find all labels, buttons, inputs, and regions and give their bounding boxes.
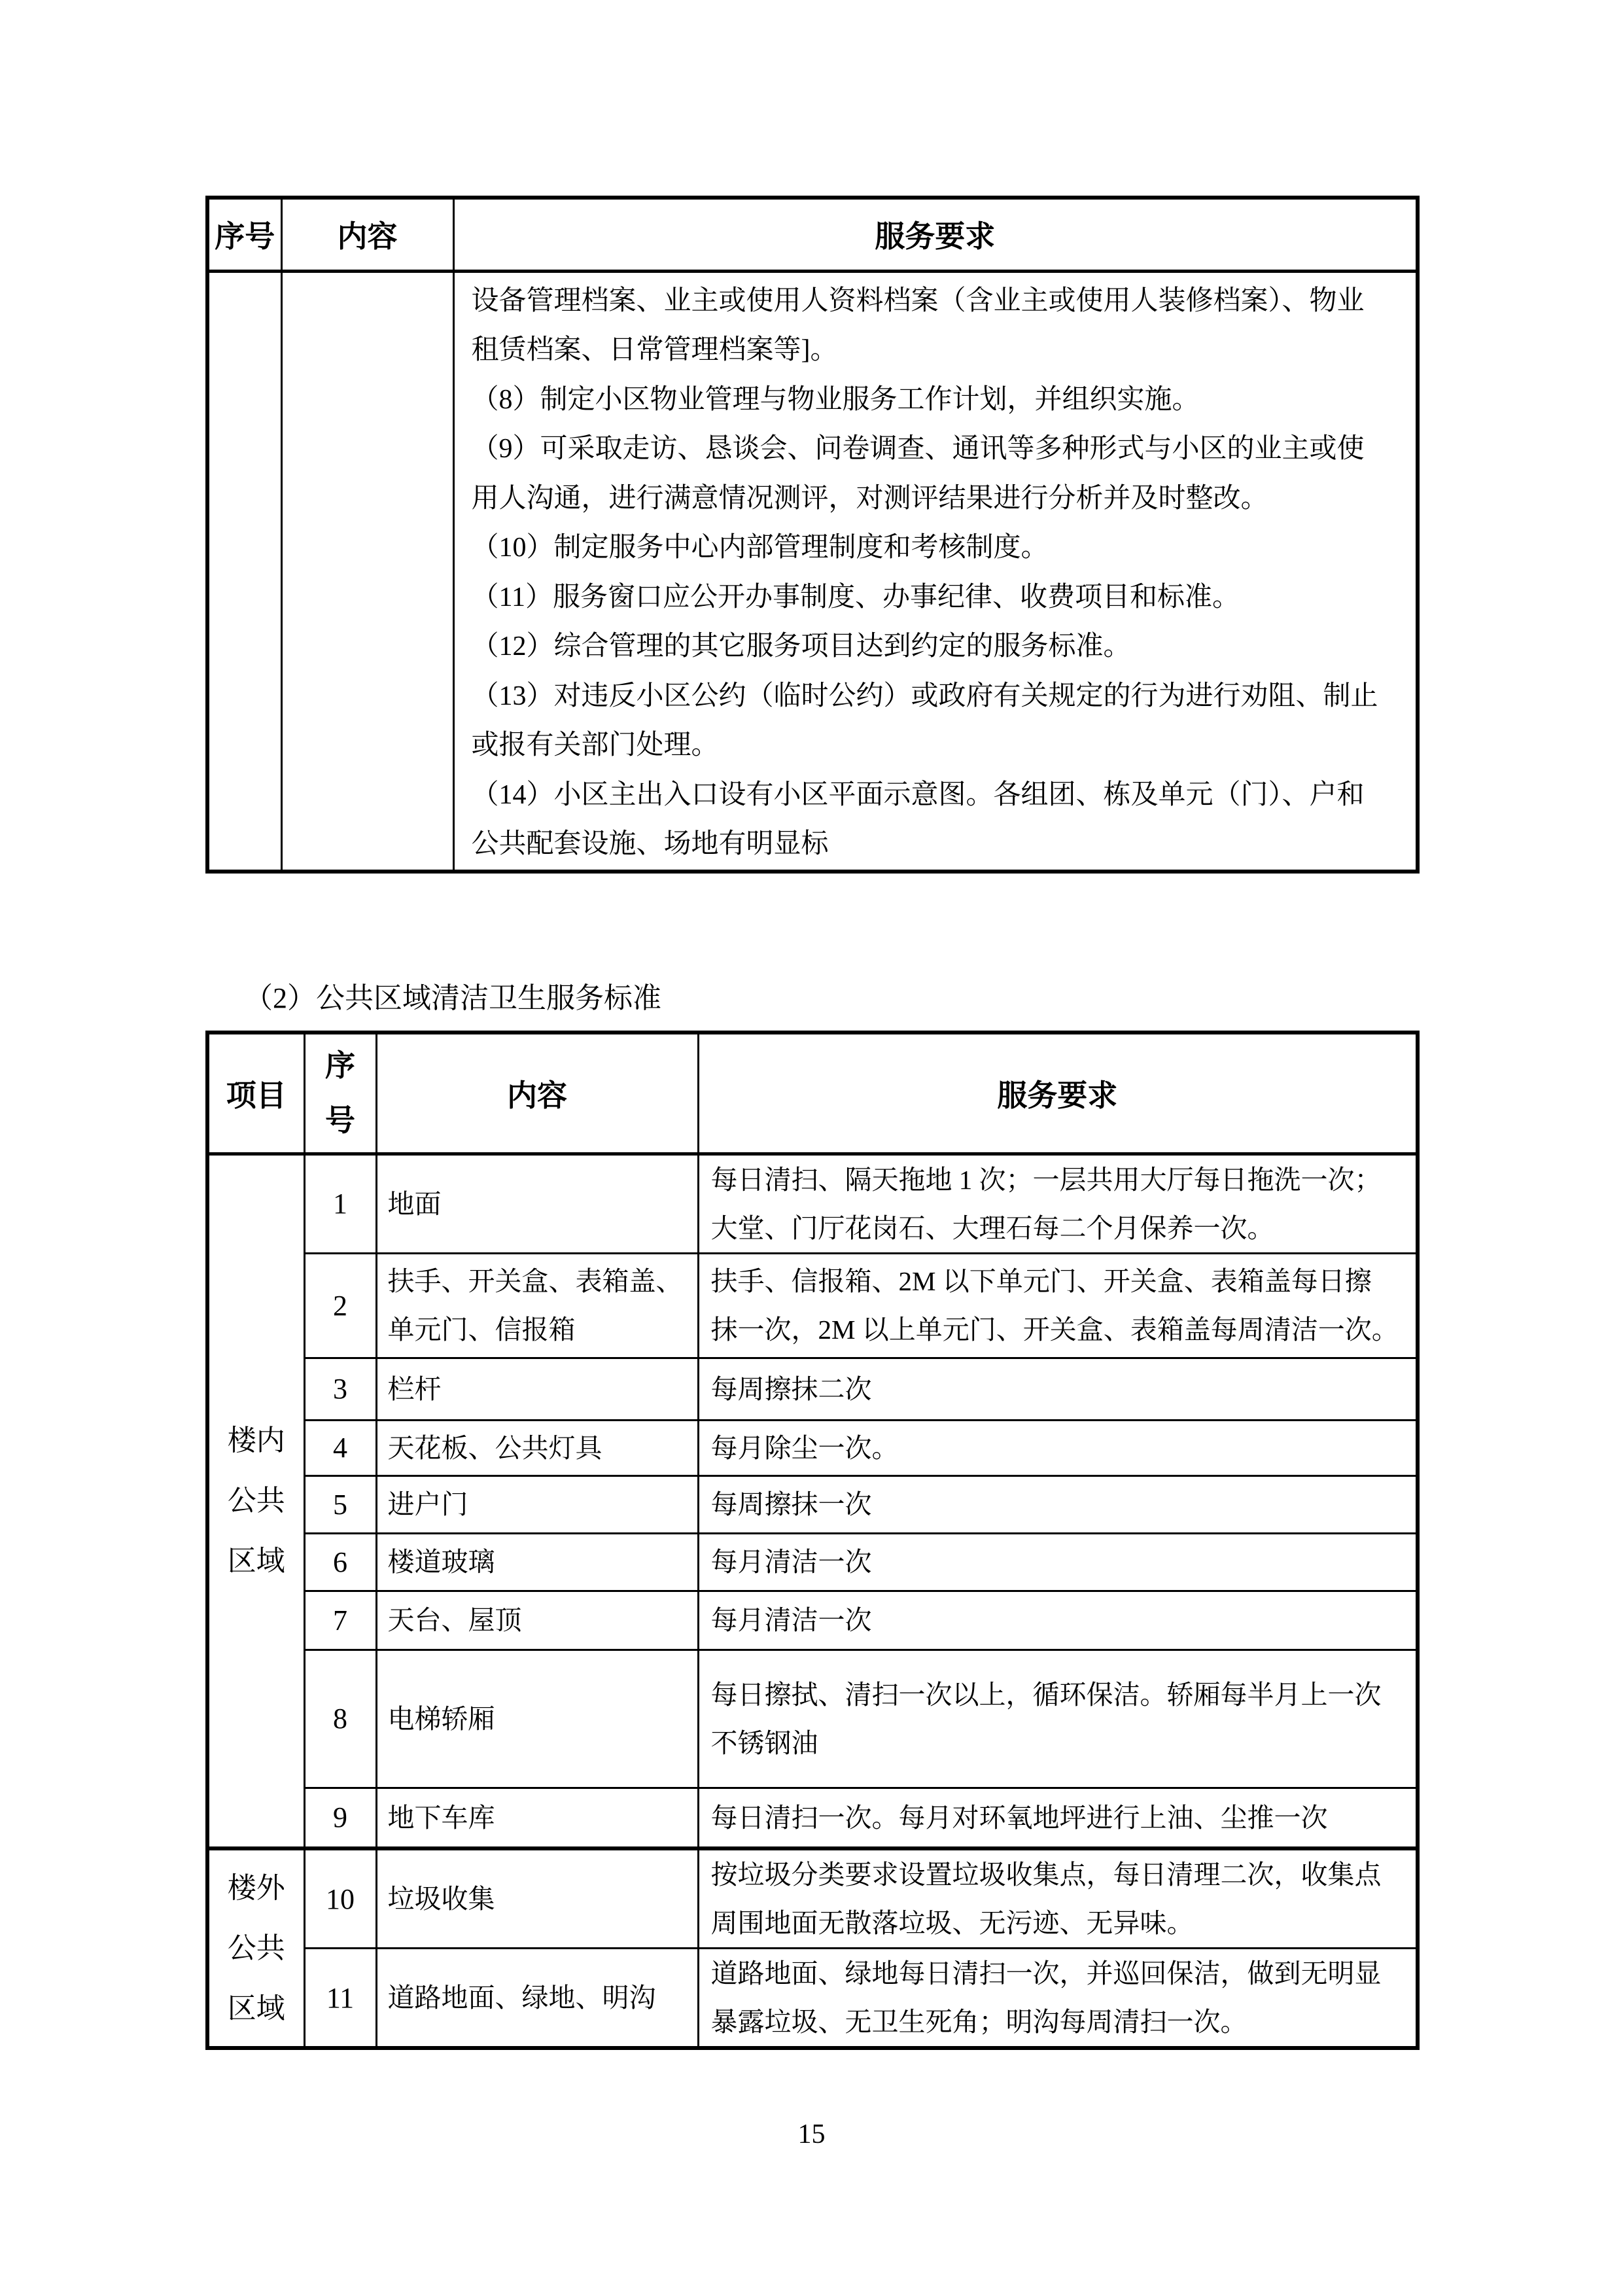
project-group-indoor-cell: 楼内 公共 区域 [207, 1154, 304, 1848]
seq-cell: 11 [304, 1949, 376, 2049]
table-row: 11 道路地面、绿地、明沟 道路地面、绿地每日清扫一次，并巡回保洁，做到无明显 … [207, 1949, 1418, 2049]
content-cell: 扶手、开关盒、表箱盖、 单元门、信报箱 [376, 1253, 698, 1358]
requirement-cell: 每日擦拭、清扫一次以上，循环保洁。轿厢每半月上一次 不锈钢油 [698, 1650, 1418, 1788]
table-row: 8 电梯轿厢 每日擦拭、清扫一次以上，循环保洁。轿厢每半月上一次 不锈钢油 [207, 1650, 1418, 1788]
content-cell: 栏杆 [376, 1358, 698, 1420]
requirement-cell: 每月除尘一次。 [698, 1420, 1418, 1475]
content-cell: 地面 [376, 1154, 698, 1253]
table-row: 楼外 公共 区域 10 垃圾收集 按垃圾分类要求设置垃圾收集点，每日清理二次，收… [207, 1848, 1418, 1949]
project-group-outdoor-cell: 楼外 公共 区域 [207, 1848, 304, 2048]
public-area-cleaning-table: 项目 序 号 内容 服务要求 楼内 公共 区域 1 地面 每日清扫、隔天拖地 1… [205, 1031, 1420, 2050]
section-heading: （2）公共区域清洁卫生服务标准 [244, 981, 661, 1016]
requirement-cell: 每日清扫一次。每月对环氧地坪进行上油、尘推一次 [698, 1788, 1418, 1848]
seq-cell: 7 [304, 1591, 376, 1650]
page-number: 15 [0, 2119, 1623, 2150]
table1-content-cell [281, 271, 453, 872]
table2-header-row: 项目 序 号 内容 服务要求 [207, 1033, 1418, 1154]
requirement-cell: 按垃圾分类要求设置垃圾收集点，每日清理二次，收集点 周围地面无散落垃圾、无污迹、… [698, 1848, 1418, 1949]
comprehensive-management-table: 序号 内容 服务要求 设备管理档案、业主或使用人资料档案（含业主或使用人装修档案… [205, 196, 1420, 874]
document-page: 序号 内容 服务要求 设备管理档案、业主或使用人资料档案（含业主或使用人装修档案… [0, 0, 1623, 2296]
table1-header-content: 内容 [281, 198, 453, 271]
table-row: 5 进户门 每周擦抹一次 [207, 1475, 1418, 1533]
content-cell: 进户门 [376, 1475, 698, 1533]
table-row: 6 楼道玻璃 每月清洁一次 [207, 1533, 1418, 1591]
content-cell: 垃圾收集 [376, 1848, 698, 1949]
seq-cell: 5 [304, 1475, 376, 1533]
table2-header-content: 内容 [376, 1033, 698, 1154]
content-cell: 楼道玻璃 [376, 1533, 698, 1591]
table2-header-requirements: 服务要求 [698, 1033, 1418, 1154]
seq-cell: 2 [304, 1253, 376, 1358]
content-cell: 地下车库 [376, 1788, 698, 1848]
seq-cell: 8 [304, 1650, 376, 1788]
table-row: 9 地下车库 每日清扫一次。每月对环氧地坪进行上油、尘推一次 [207, 1788, 1418, 1848]
content-cell: 天台、屋顶 [376, 1591, 698, 1650]
content-cell: 天花板、公共灯具 [376, 1420, 698, 1475]
seq-cell: 4 [304, 1420, 376, 1475]
seq-cell: 6 [304, 1533, 376, 1591]
table1-body-row: 设备管理档案、业主或使用人资料档案（含业主或使用人装修档案）、物业 租赁档案、日… [207, 271, 1418, 872]
table-row: 2 扶手、开关盒、表箱盖、 单元门、信报箱 扶手、信报箱、2M 以下单元门、开关… [207, 1253, 1418, 1358]
table1-seq-cell [207, 271, 281, 872]
table1-requirements-cell: 设备管理档案、业主或使用人资料档案（含业主或使用人装修档案）、物业 租赁档案、日… [453, 271, 1418, 872]
table-row: 4 天花板、公共灯具 每月除尘一次。 [207, 1420, 1418, 1475]
table-row: 3 栏杆 每周擦抹二次 [207, 1358, 1418, 1420]
requirement-cell: 道路地面、绿地每日清扫一次，并巡回保洁，做到无明显 暴露垃圾、无卫生死角；明沟每… [698, 1949, 1418, 2049]
requirement-cell: 每月清洁一次 [698, 1533, 1418, 1591]
table1-header-row: 序号 内容 服务要求 [207, 198, 1418, 271]
content-cell: 电梯轿厢 [376, 1650, 698, 1788]
table-row: 7 天台、屋顶 每月清洁一次 [207, 1591, 1418, 1650]
table1-header-requirements: 服务要求 [453, 198, 1418, 271]
requirement-cell: 每月清洁一次 [698, 1591, 1418, 1650]
table2-header-seq: 序 号 [304, 1033, 376, 1154]
requirement-cell: 每周擦抹一次 [698, 1475, 1418, 1533]
seq-cell: 10 [304, 1848, 376, 1949]
seq-cell: 9 [304, 1788, 376, 1848]
requirement-cell: 扶手、信报箱、2M 以下单元门、开关盒、表箱盖每日擦 抹一次，2M 以上单元门、… [698, 1253, 1418, 1358]
table1-header-seq: 序号 [207, 198, 281, 271]
seq-cell: 3 [304, 1358, 376, 1420]
requirement-cell: 每日清扫、隔天拖地 1 次；一层共用大厅每日拖洗一次； 大堂、门厅花岗石、大理石… [698, 1154, 1418, 1253]
content-cell: 道路地面、绿地、明沟 [376, 1949, 698, 2049]
table-row: 楼内 公共 区域 1 地面 每日清扫、隔天拖地 1 次；一层共用大厅每日拖洗一次… [207, 1154, 1418, 1253]
table2-header-project: 项目 [207, 1033, 304, 1154]
requirement-cell: 每周擦抹二次 [698, 1358, 1418, 1420]
seq-cell: 1 [304, 1154, 376, 1253]
